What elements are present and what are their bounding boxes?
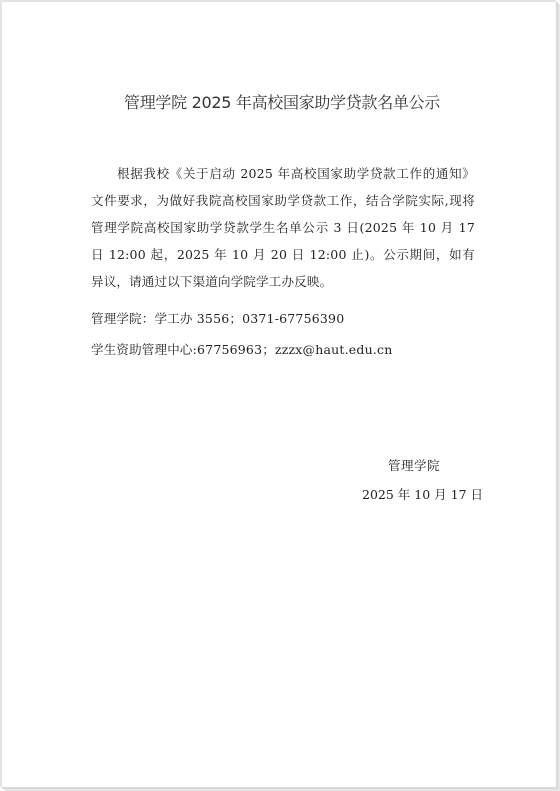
contact-aid-center: 学生资助管理中心:67756963；zzzx@haut.edu.cn (91, 340, 392, 358)
document-page: 管理学院 2025 年高校国家助学贷款名单公示 根据我校《关于启动 2025 年… (0, 0, 556, 787)
notice-paragraph: 根据我校《关于启动 2025 年高校国家助学贷款工作的通知》文件要求，为做好我院… (91, 160, 475, 295)
document-title: 管理学院 2025 年高校国家助学贷款名单公示 (2, 90, 560, 113)
signature-organization: 管理学院 (388, 456, 440, 474)
signature-date: 2025 年 10 月 17 日 (362, 485, 483, 503)
contact-college: 管理学院：学工办 3556；0371-67756390 (91, 309, 344, 327)
